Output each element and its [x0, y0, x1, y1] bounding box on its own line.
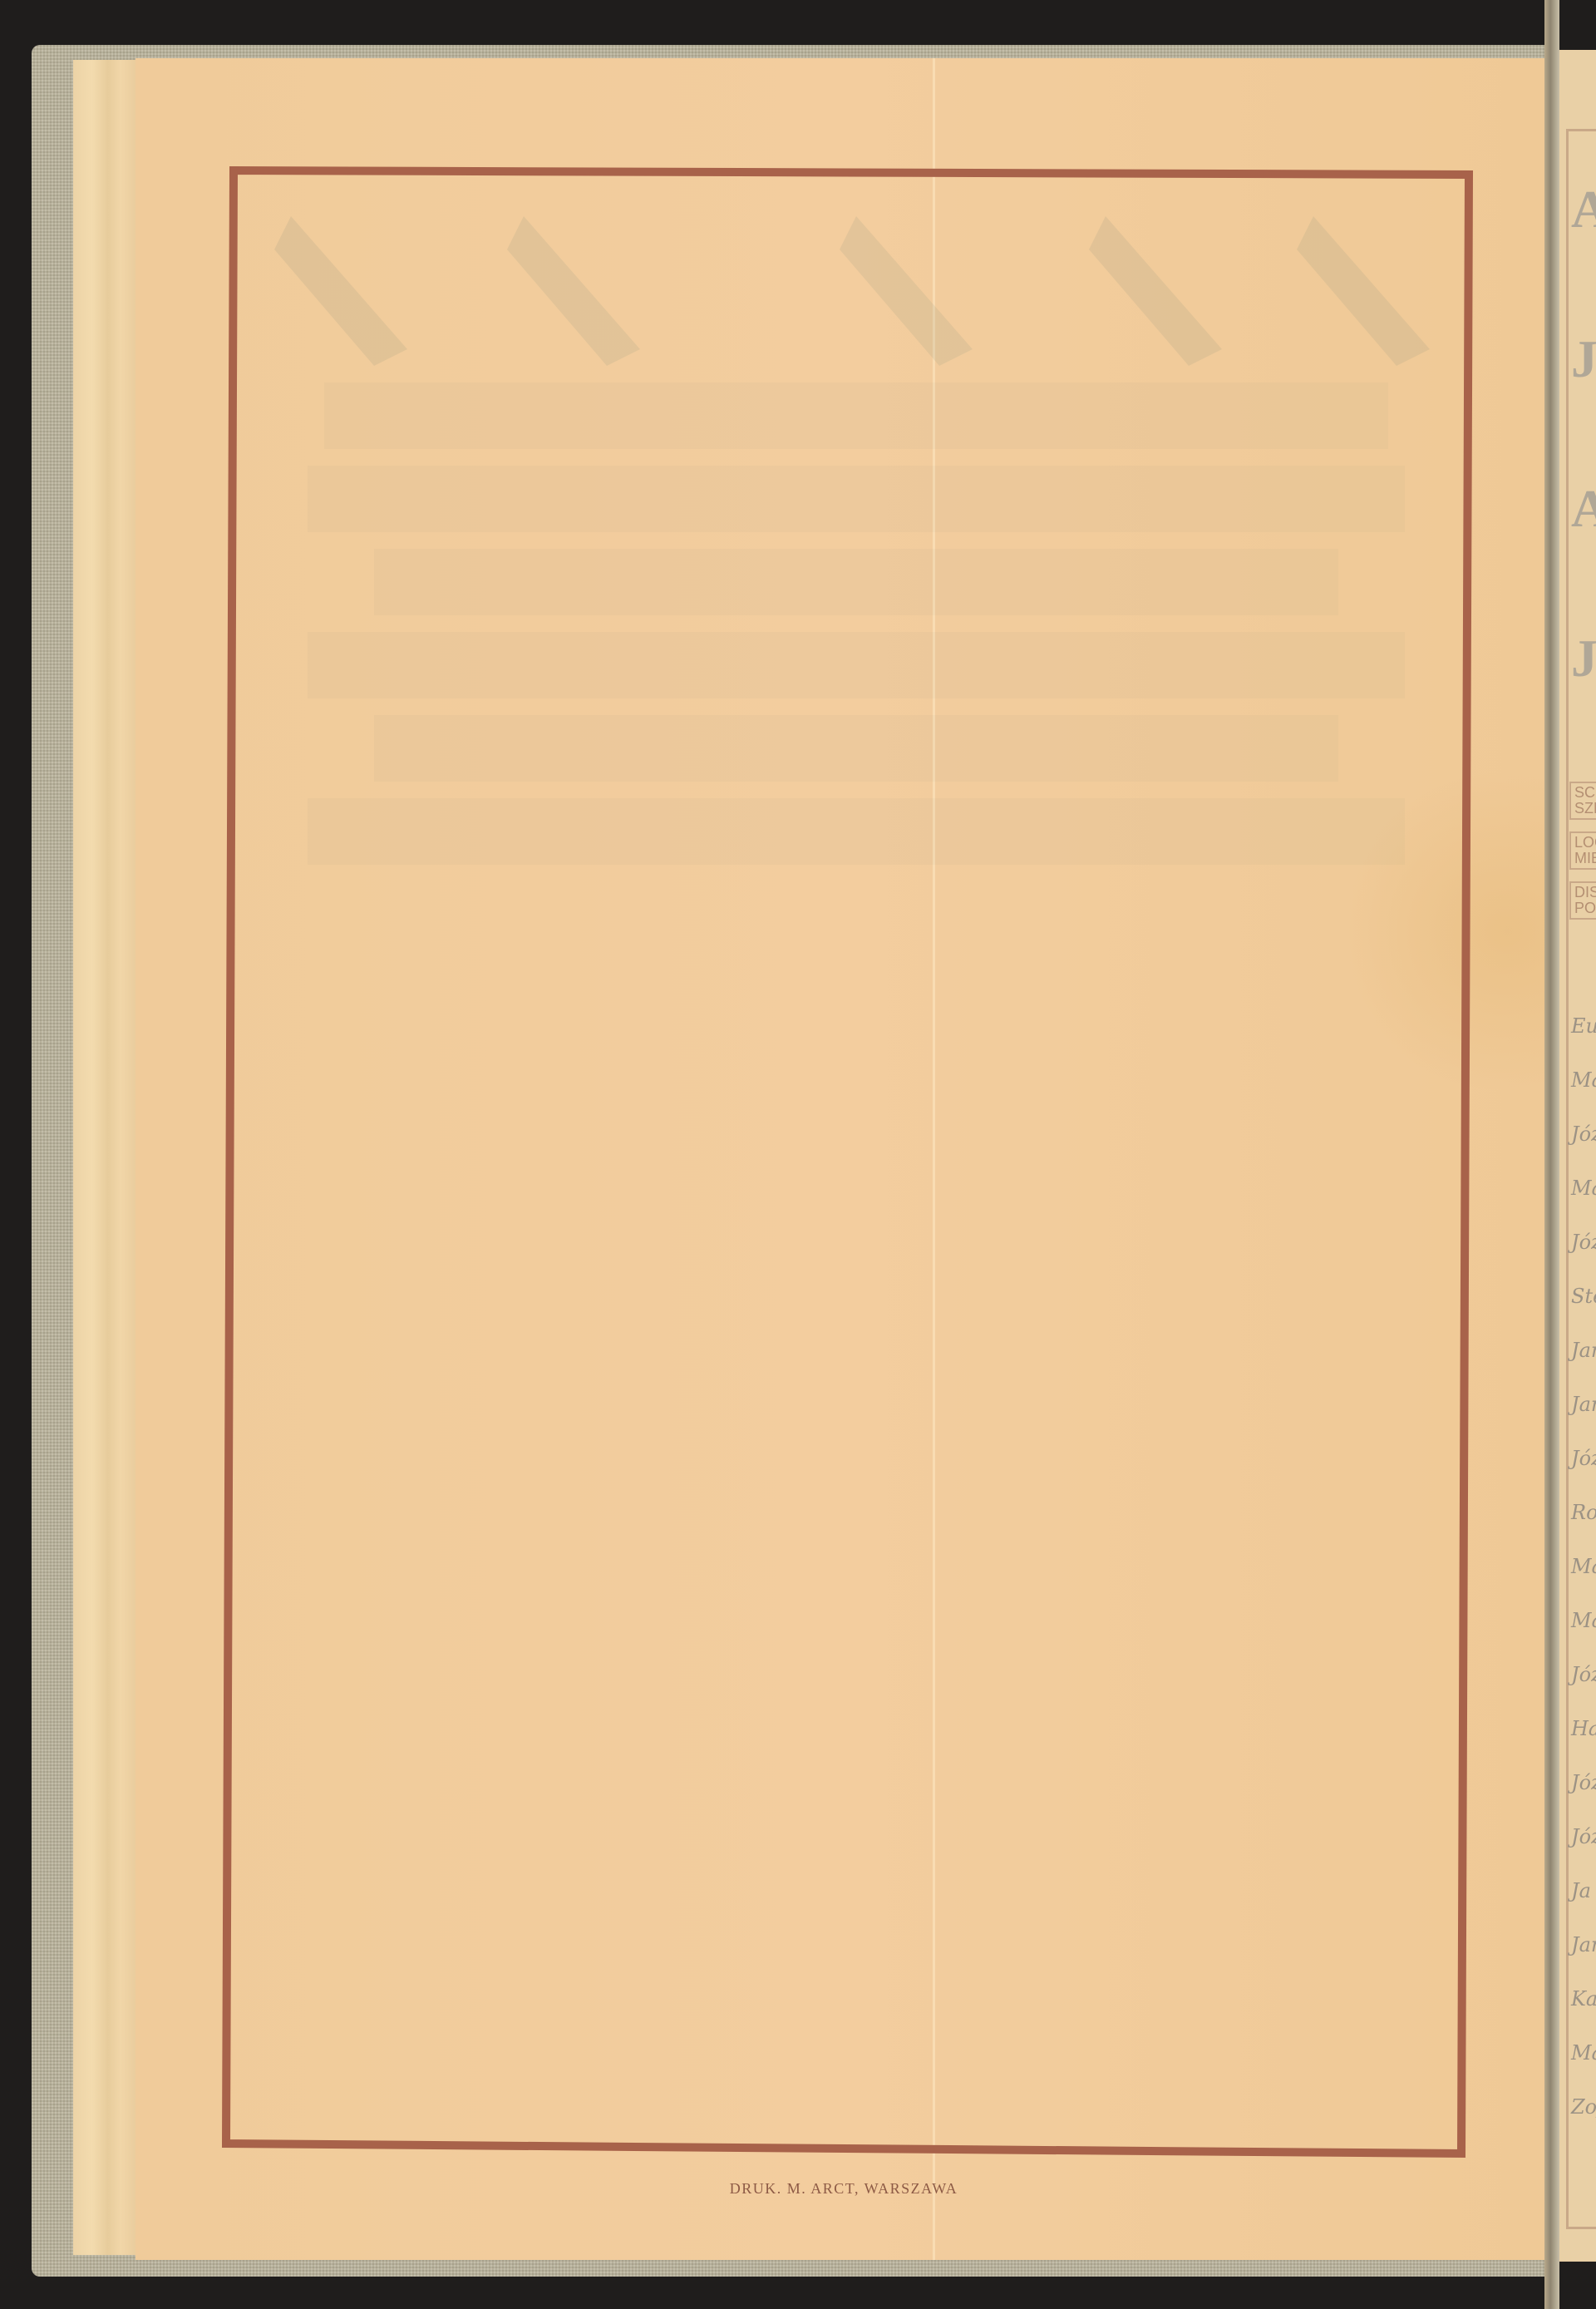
book-gutter — [1544, 0, 1559, 2309]
handwritten-name: Józef — [1571, 1663, 1596, 1686]
boxed-fragment: LOC MIE — [1569, 831, 1596, 870]
handwritten-name: Marj — [1571, 1177, 1596, 1200]
handwritten-name: Mal — [1571, 2041, 1596, 2065]
handwritten-name: Zofja — [1571, 2095, 1596, 2119]
decorative-page-frame — [0, 0, 1596, 2309]
adjacent-page-edge: A J A J SCH SZK LOC MIE DIS PO Eug Marja… — [1559, 50, 1596, 2262]
handwritten-name: Rozal — [1571, 1501, 1596, 1524]
handwritten-name: Kar — [1571, 1987, 1596, 2011]
printer-imprint: DRUK. M. ARCT, WARSZAWA — [46, 2180, 1596, 2198]
handwritten-name: Jan — [1571, 1393, 1596, 1416]
ornamental-letter: J — [1571, 632, 1596, 685]
handwritten-name: Stefa — [1571, 1285, 1596, 1308]
boxed-fragment: SCH SZK — [1569, 782, 1596, 820]
handwritten-name: Józef — [1571, 1231, 1596, 1254]
handwritten-name: Józ — [1571, 1447, 1596, 1470]
ornamental-letter: A — [1571, 482, 1596, 535]
handwritten-name: Józe — [1571, 1825, 1596, 1848]
handwritten-name: Hanu — [1571, 1717, 1596, 1740]
handwritten-name: Mar — [1571, 1555, 1596, 1578]
handwritten-name: Eug — [1571, 1014, 1596, 1038]
handwritten-name: Ja — [1571, 1879, 1591, 1902]
boxed-fragment: DIS PO — [1569, 881, 1596, 920]
handwritten-name: Józ — [1571, 1771, 1596, 1794]
handwritten-name: Jan — [1571, 1339, 1596, 1362]
handwritten-name: Marja — [1571, 1068, 1596, 1092]
ornamental-letter: A — [1571, 183, 1596, 236]
handwritten-name: Jan — [1571, 1933, 1596, 1956]
handwritten-name: Marja — [1571, 1609, 1596, 1632]
ornamental-letter: J — [1571, 333, 1596, 386]
handwritten-name: Józef — [1571, 1122, 1596, 1146]
